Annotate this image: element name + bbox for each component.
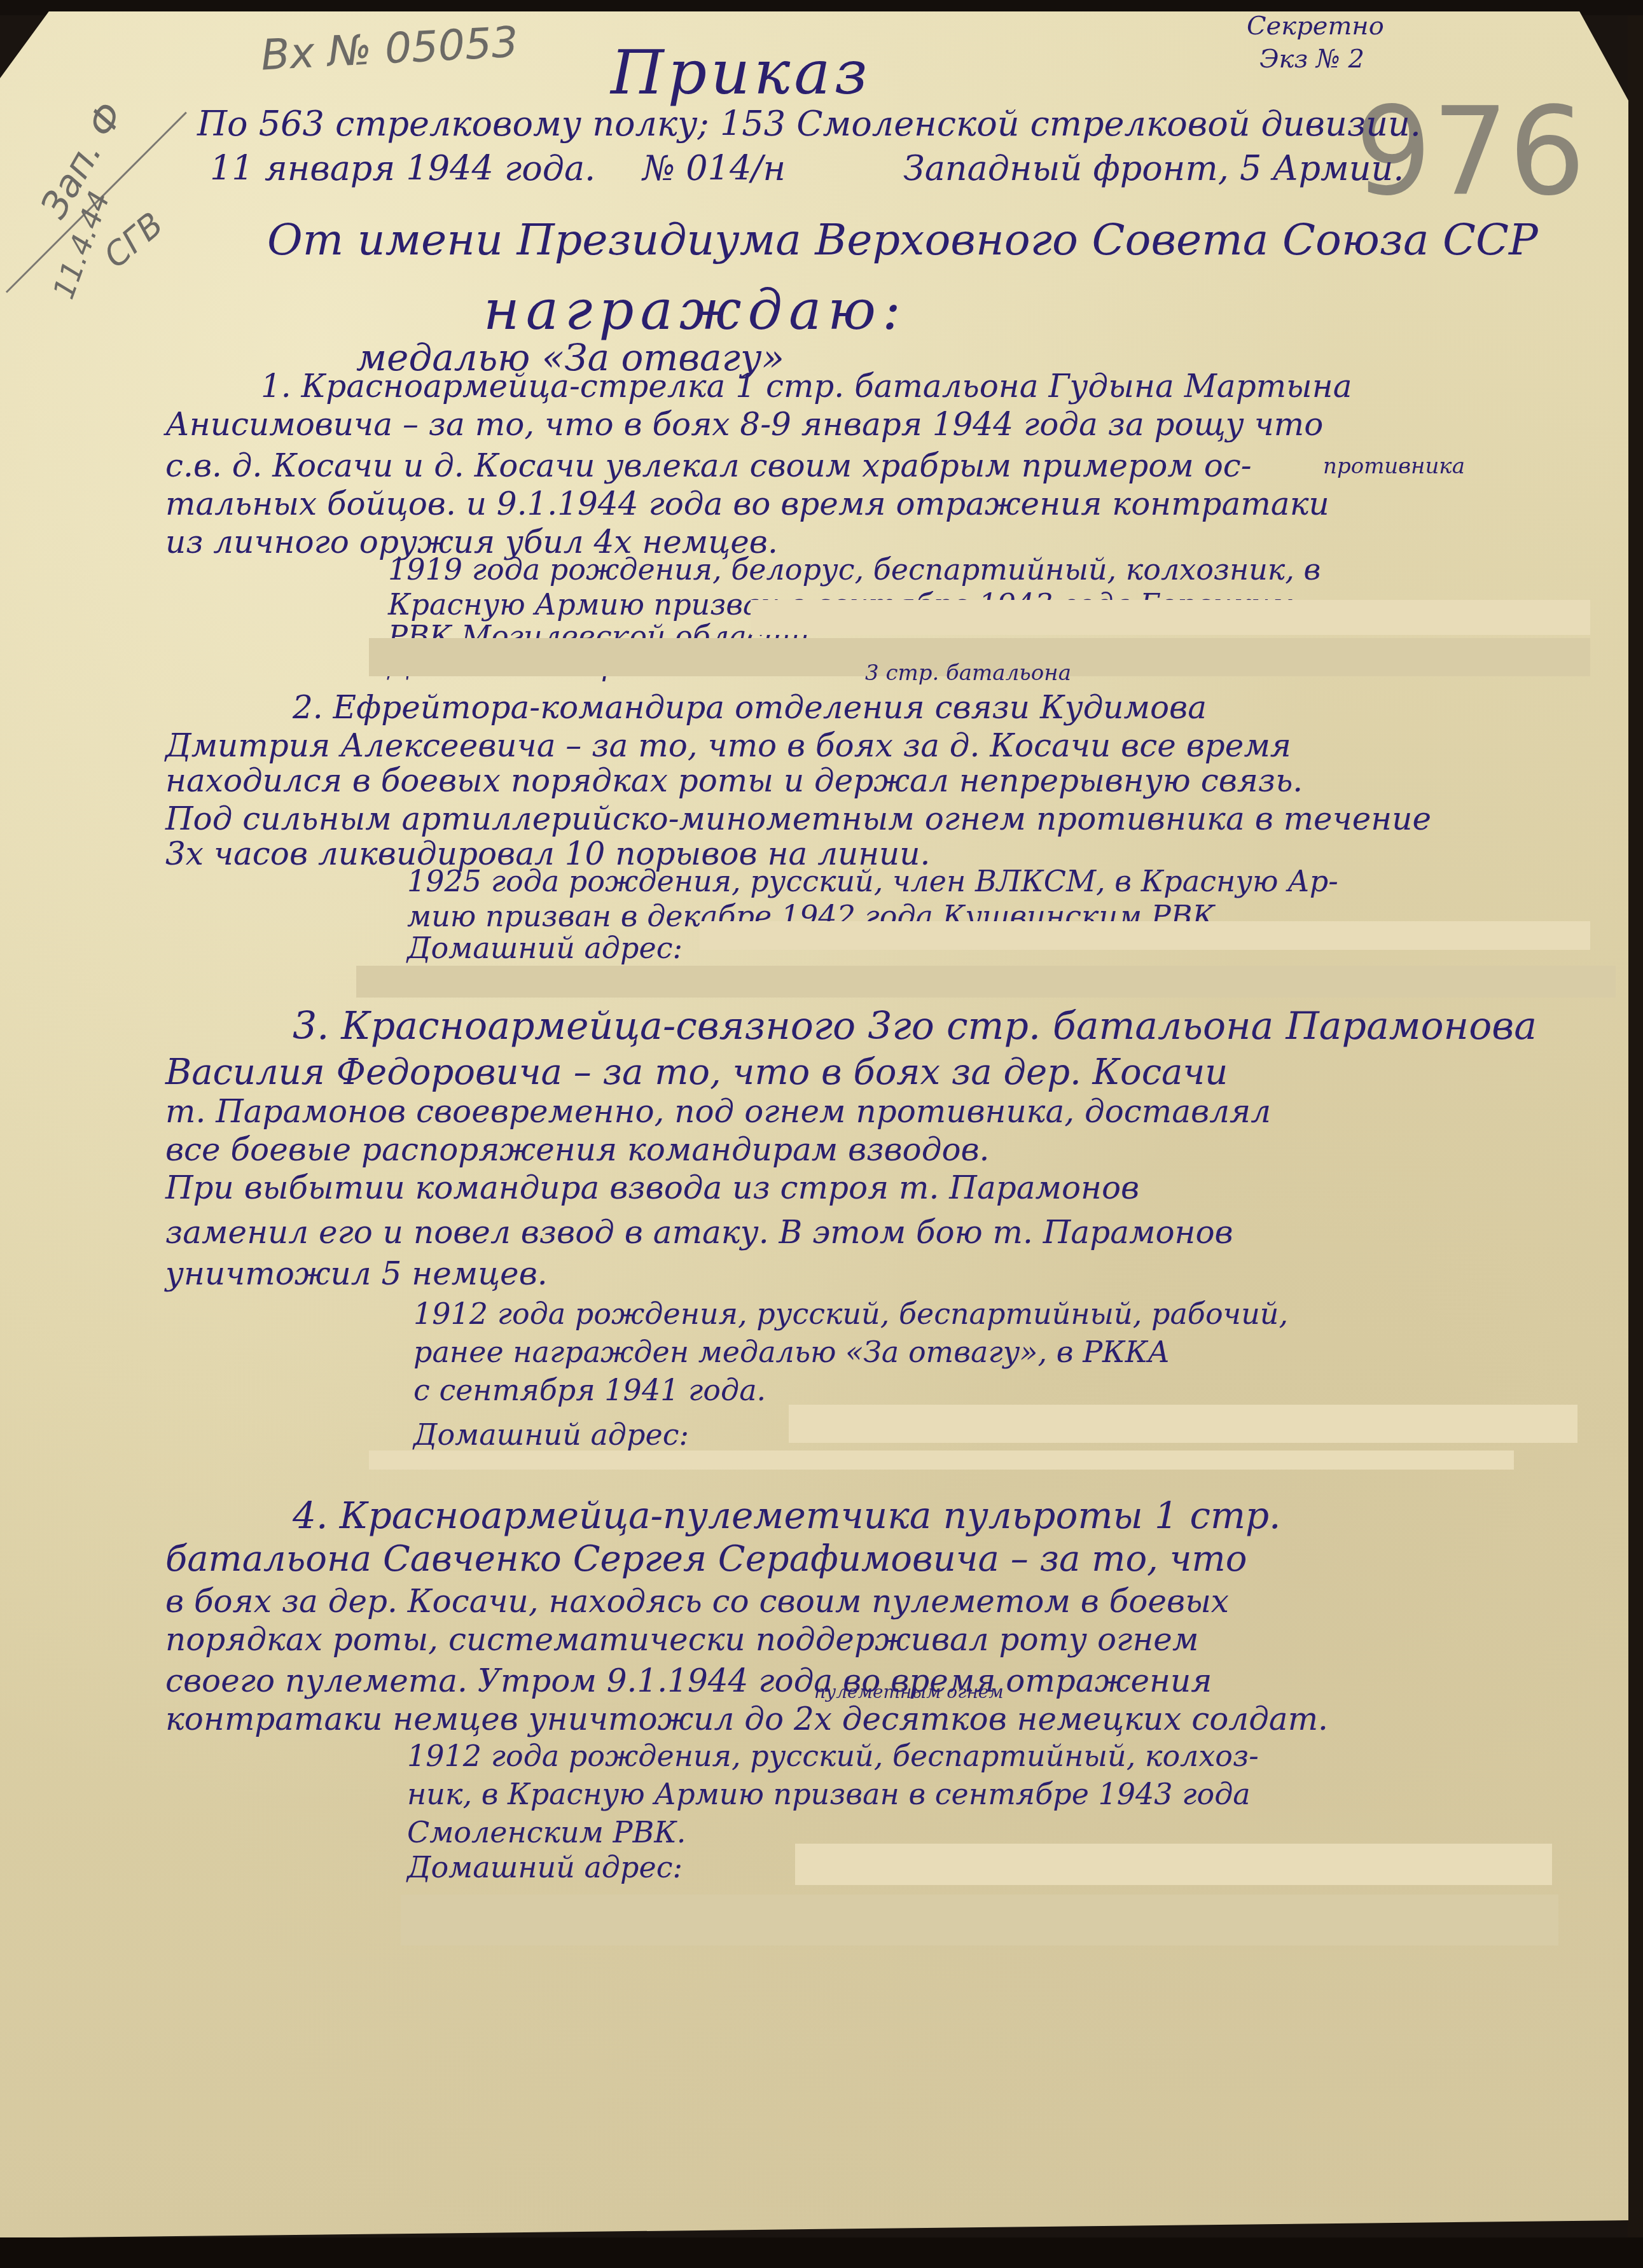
document-page: Зап. Ф 11.4.44 СГВ Вх № 05053 Секретно Э… — [0, 11, 1628, 2238]
award-4-line: порядках роты, систематически поддержива… — [165, 1621, 1198, 1658]
award-4-line: своего пулемета. Утром 9.1.1944 года во … — [165, 1662, 1212, 1699]
award-3-address-redaction — [789, 1405, 1577, 1443]
award-3-line: заменил его и повел взвод в атаку. В это… — [165, 1214, 1233, 1251]
header-order-number: № 014/н — [642, 148, 786, 188]
award-4-line: 4. Красноармейца-пулеметчика пульроты 1 … — [293, 1494, 1280, 1537]
authority-line: От имени Президиума Верховного Совета Со… — [267, 215, 1538, 265]
award-1-line: с.в. д. Косачи и д. Косачи увлекал своим… — [165, 447, 1252, 484]
award-3-bio: 1912 года рождения, русский, беспартийны… — [413, 1297, 1288, 1331]
scan-edge-right — [1628, 0, 1643, 2268]
award-1-line: Анисимовича – за то, что в боях 8-9 янва… — [165, 406, 1323, 443]
header-front: Западный фронт, 5 Армии. — [903, 148, 1404, 188]
award-1-line: тальных бойцов. и 9.1.1944 года во время… — [165, 485, 1329, 522]
award-2-bio: 1925 года рождения, русский, член ВЛКСМ,… — [407, 864, 1338, 898]
copy-number: Экз № 2 — [1259, 45, 1364, 74]
award-3-line: т. Парамонов своевременно, под огнем про… — [165, 1093, 1271, 1130]
award-4-address-redaction — [401, 1895, 1558, 1945]
award-4-insertion: пулеметным огнем — [814, 1681, 1004, 1702]
award-4-line: батальона Савченко Сергея Серафимовича –… — [165, 1538, 1247, 1580]
award-2-line: находился в боевых порядках роты и держа… — [165, 762, 1303, 799]
award-3-bio: с сентября 1941 года. — [413, 1373, 766, 1407]
award-1-address-redaction — [751, 600, 1590, 635]
award-4-bio: ник, в Красную Армию призван в сентябре … — [407, 1777, 1251, 1811]
award-4-bio: Смоленским РВК. — [407, 1815, 686, 1849]
award-2-line: 2. Ефрейтора-командира отделения связи К… — [293, 689, 1207, 726]
award-3-line: уничтожил 5 немцев. — [165, 1255, 548, 1292]
header-date: 11 января 1944 года. — [210, 148, 595, 188]
award-3-address-label: Домашний адрес: — [413, 1417, 689, 1452]
award-2-insertion: 3 стр. батальона — [865, 660, 1071, 686]
document-title: Приказ — [611, 37, 871, 108]
award-3-address-redaction — [369, 1451, 1514, 1470]
award-3-line: Василия Федоровича – за то, что в боях з… — [165, 1052, 1228, 1093]
award-4-bio: 1912 года рождения, русский, беспартийны… — [407, 1739, 1259, 1773]
award-2-line: Дмитрия Алексеевича – за то, что в боях … — [165, 727, 1291, 764]
classification-label: Секретно — [1247, 11, 1384, 41]
award-2-line: Под сильным артиллерийско-минометным огн… — [165, 800, 1431, 837]
award-action: награждаю: — [483, 279, 907, 342]
scan-edge-bottom — [0, 2237, 1643, 2268]
award-3-bio: ранее награжден медалью «За отвагу», в Р… — [413, 1335, 1170, 1369]
award-4-line: в боях за дер. Косачи, находясь со своим… — [165, 1583, 1229, 1620]
award-4-address-redaction — [795, 1844, 1552, 1885]
award-1-insertion: противника — [1323, 454, 1465, 479]
award-2-address-label: Домашний адрес: — [407, 931, 683, 965]
award-2-address-redaction — [356, 966, 1616, 998]
award-1-line: 1. Красноармейца-стрелка 1 стр. батальон… — [261, 368, 1352, 405]
award-4-address-label: Домашний адрес: — [407, 1850, 683, 1884]
award-4-line: контратаки немцев уничтожил до 2х десятк… — [165, 1701, 1328, 1737]
award-1-bio: 1919 года рождения, белорус, беспартийны… — [388, 552, 1321, 587]
award-2-address-redaction — [700, 921, 1590, 950]
award-3-line: При выбытии командира взвода из строя т.… — [165, 1169, 1139, 1206]
header-unit-line: По 563 стрелковому полку; 153 Смоленской… — [197, 104, 1421, 144]
registry-stamp: Вх № 05053 — [260, 17, 519, 80]
award-3-line: 3. Красноармейца-связного 3го стр. батал… — [293, 1004, 1537, 1048]
award-3-line: все боевые распоряжения командирам взвод… — [165, 1131, 989, 1168]
